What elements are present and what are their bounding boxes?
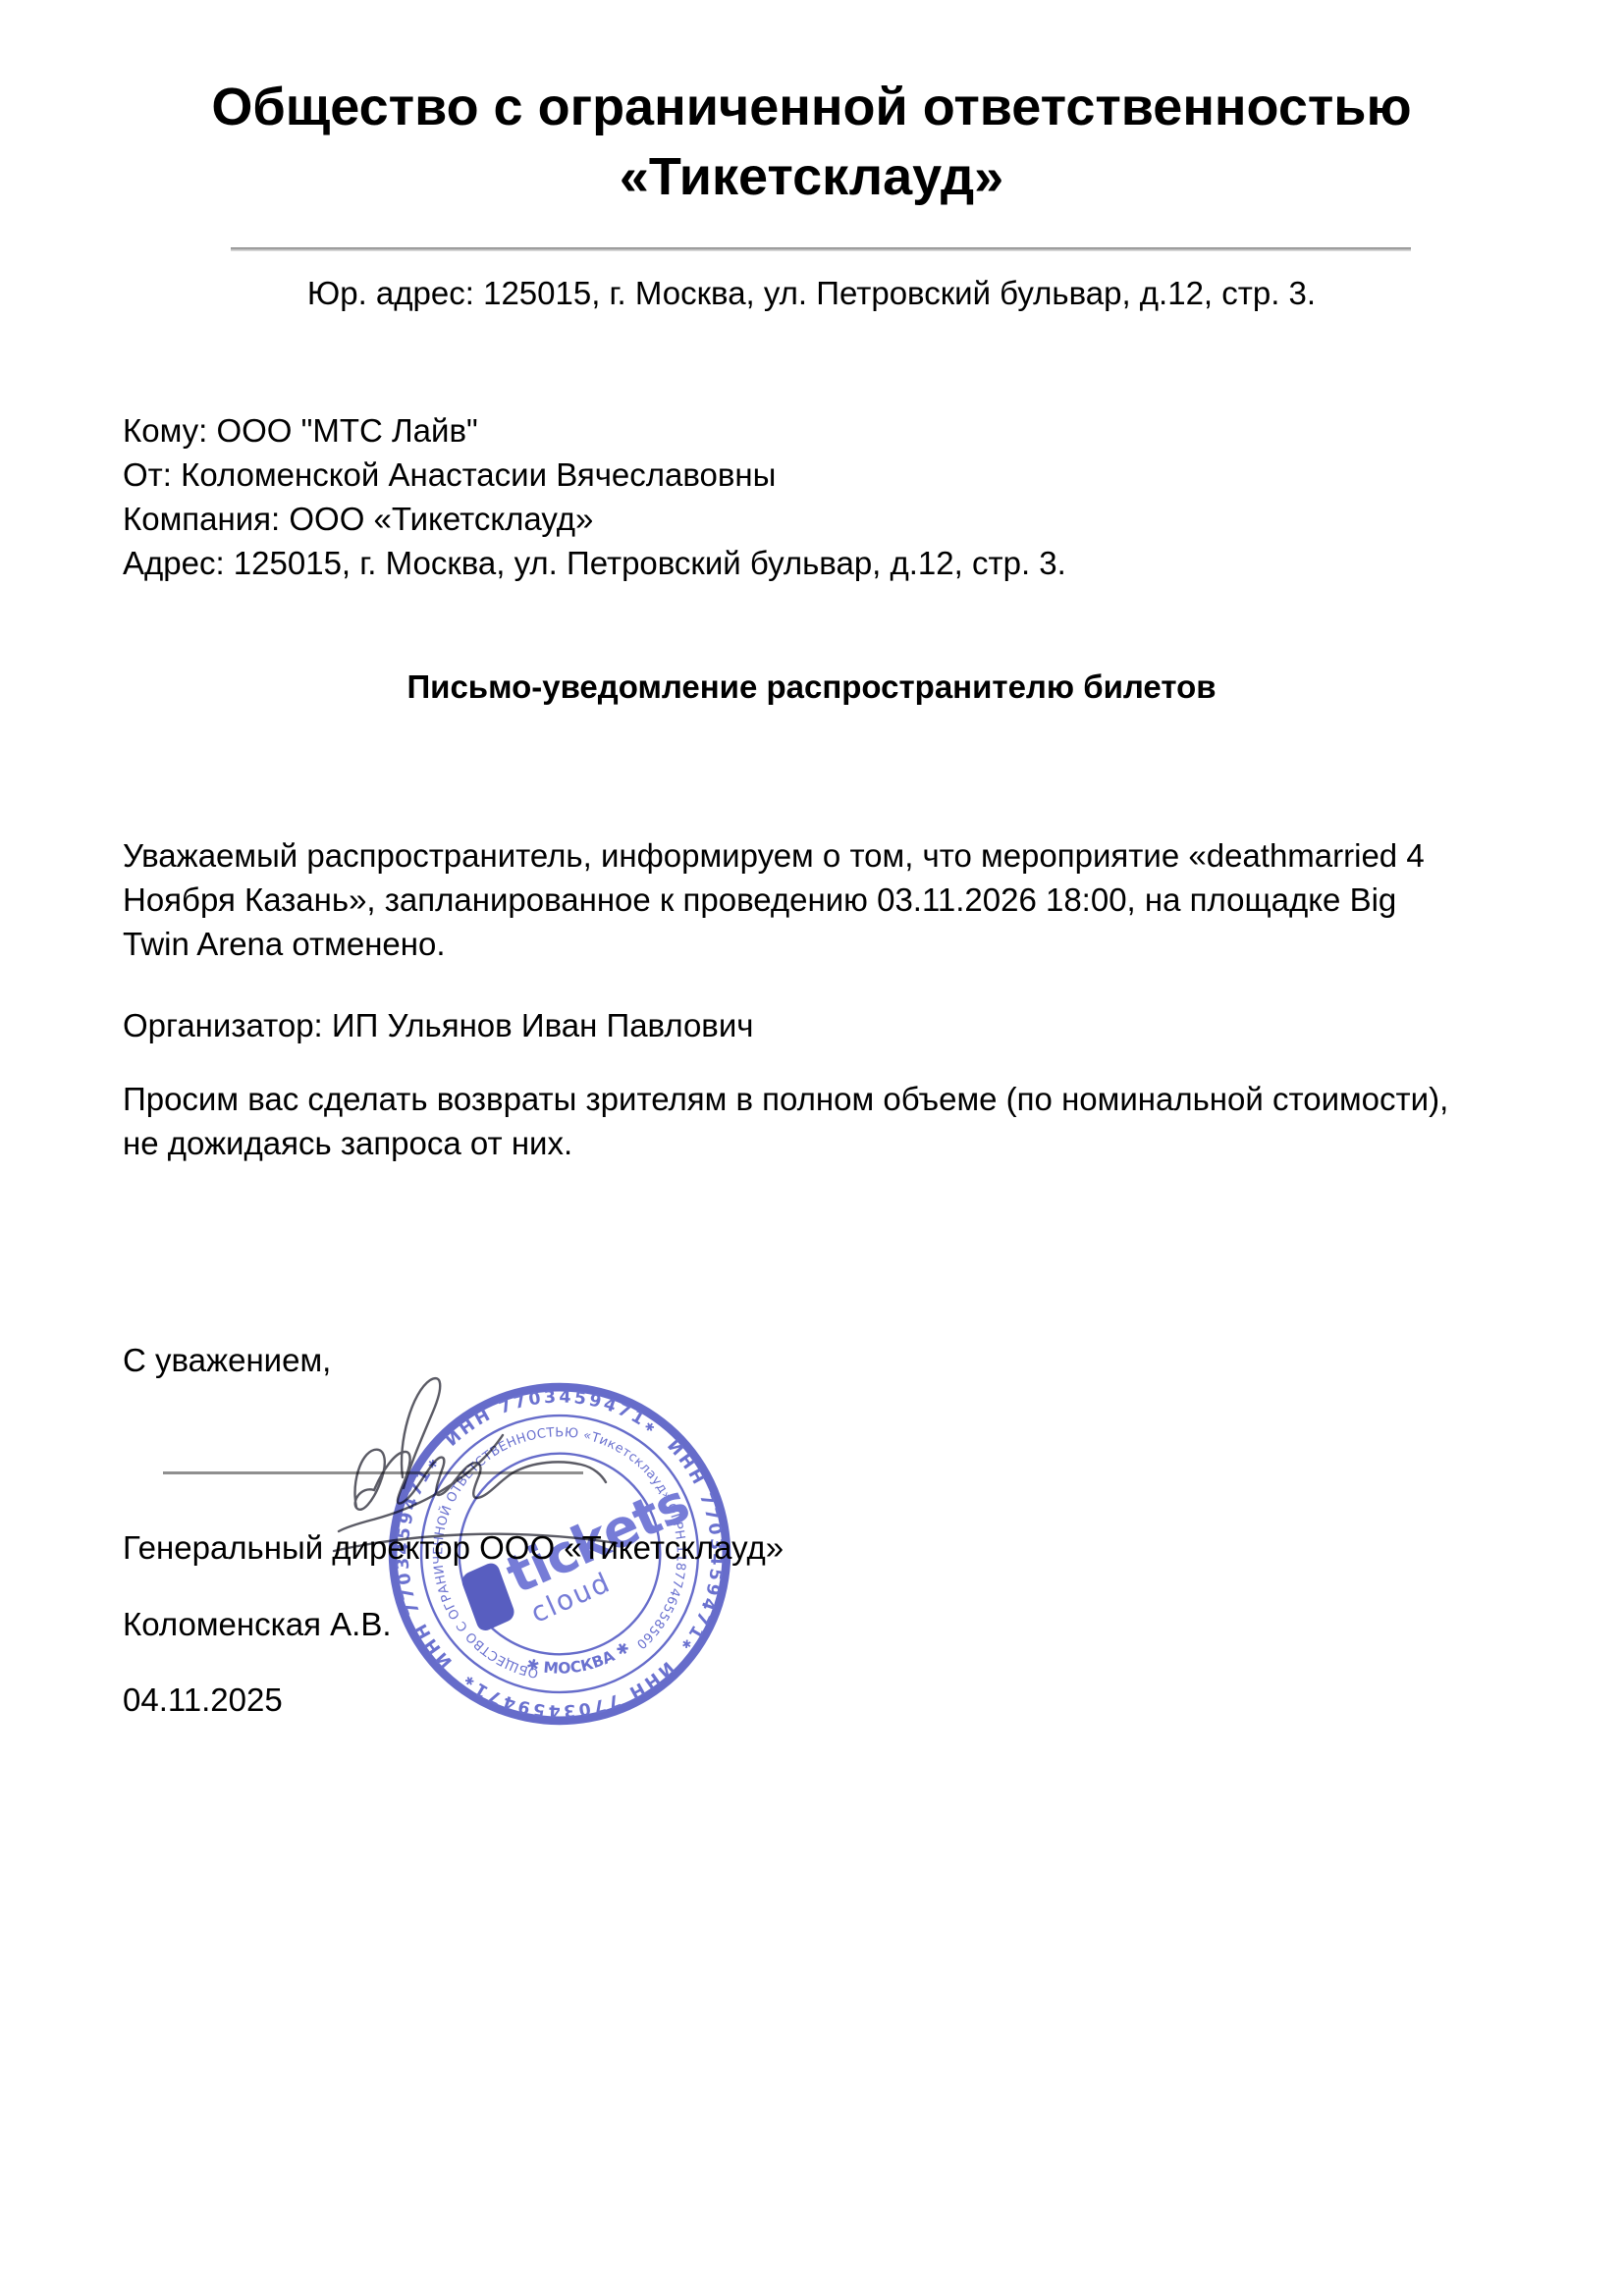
recipient-block: Кому: ООО "МТС Лайв" От: Коломенской Ана… — [123, 408, 1066, 585]
body-paragraph-1: Уважаемый распространитель, информируем … — [123, 833, 1470, 966]
svg-text:✱ МОСКВА ✱: ✱ МОСКВА ✱ — [521, 1637, 635, 1685]
body-paragraph-3: Просим вас сделать возвраты зрителям в п… — [123, 1077, 1470, 1165]
letter-date: 04.11.2025 — [123, 1682, 283, 1719]
closing-regards: С уважением, — [123, 1342, 331, 1379]
recipient-from: От: Коломенской Анастасии Вячеславовны — [123, 453, 1066, 497]
recipient-to: Кому: ООО "МТС Лайв" — [123, 408, 1066, 453]
recipient-company: Компания: ООО «Тикетсклауд» — [123, 497, 1066, 541]
handwritten-signature — [324, 1366, 638, 1568]
legal-address: Юр. адрес: 125015, г. Москва, ул. Петров… — [0, 275, 1623, 312]
company-title-line1: Общество с ограниченной ответственностью — [0, 73, 1623, 142]
stamp-city-text: ✱ МОСКВА ✱ — [521, 1637, 635, 1685]
header-divider — [231, 247, 1411, 251]
company-title: Общество с ограниченной ответственностью… — [0, 73, 1623, 212]
recipient-address: Адрес: 125015, г. Москва, ул. Петровский… — [123, 541, 1066, 585]
signature-stroke — [355, 1450, 606, 1510]
body-paragraph-2: Организатор: ИП Ульянов Иван Павлович — [123, 1003, 1470, 1047]
signature-stroke — [334, 1534, 617, 1551]
subject-line: Письмо-уведомление распространителю биле… — [0, 668, 1623, 706]
company-title-line2: «Тикетсклауд» — [0, 142, 1623, 212]
letter-page: Общество с ограниченной ответственностью… — [0, 0, 1623, 2296]
signer-name: Коломенская А.В. — [123, 1606, 392, 1643]
